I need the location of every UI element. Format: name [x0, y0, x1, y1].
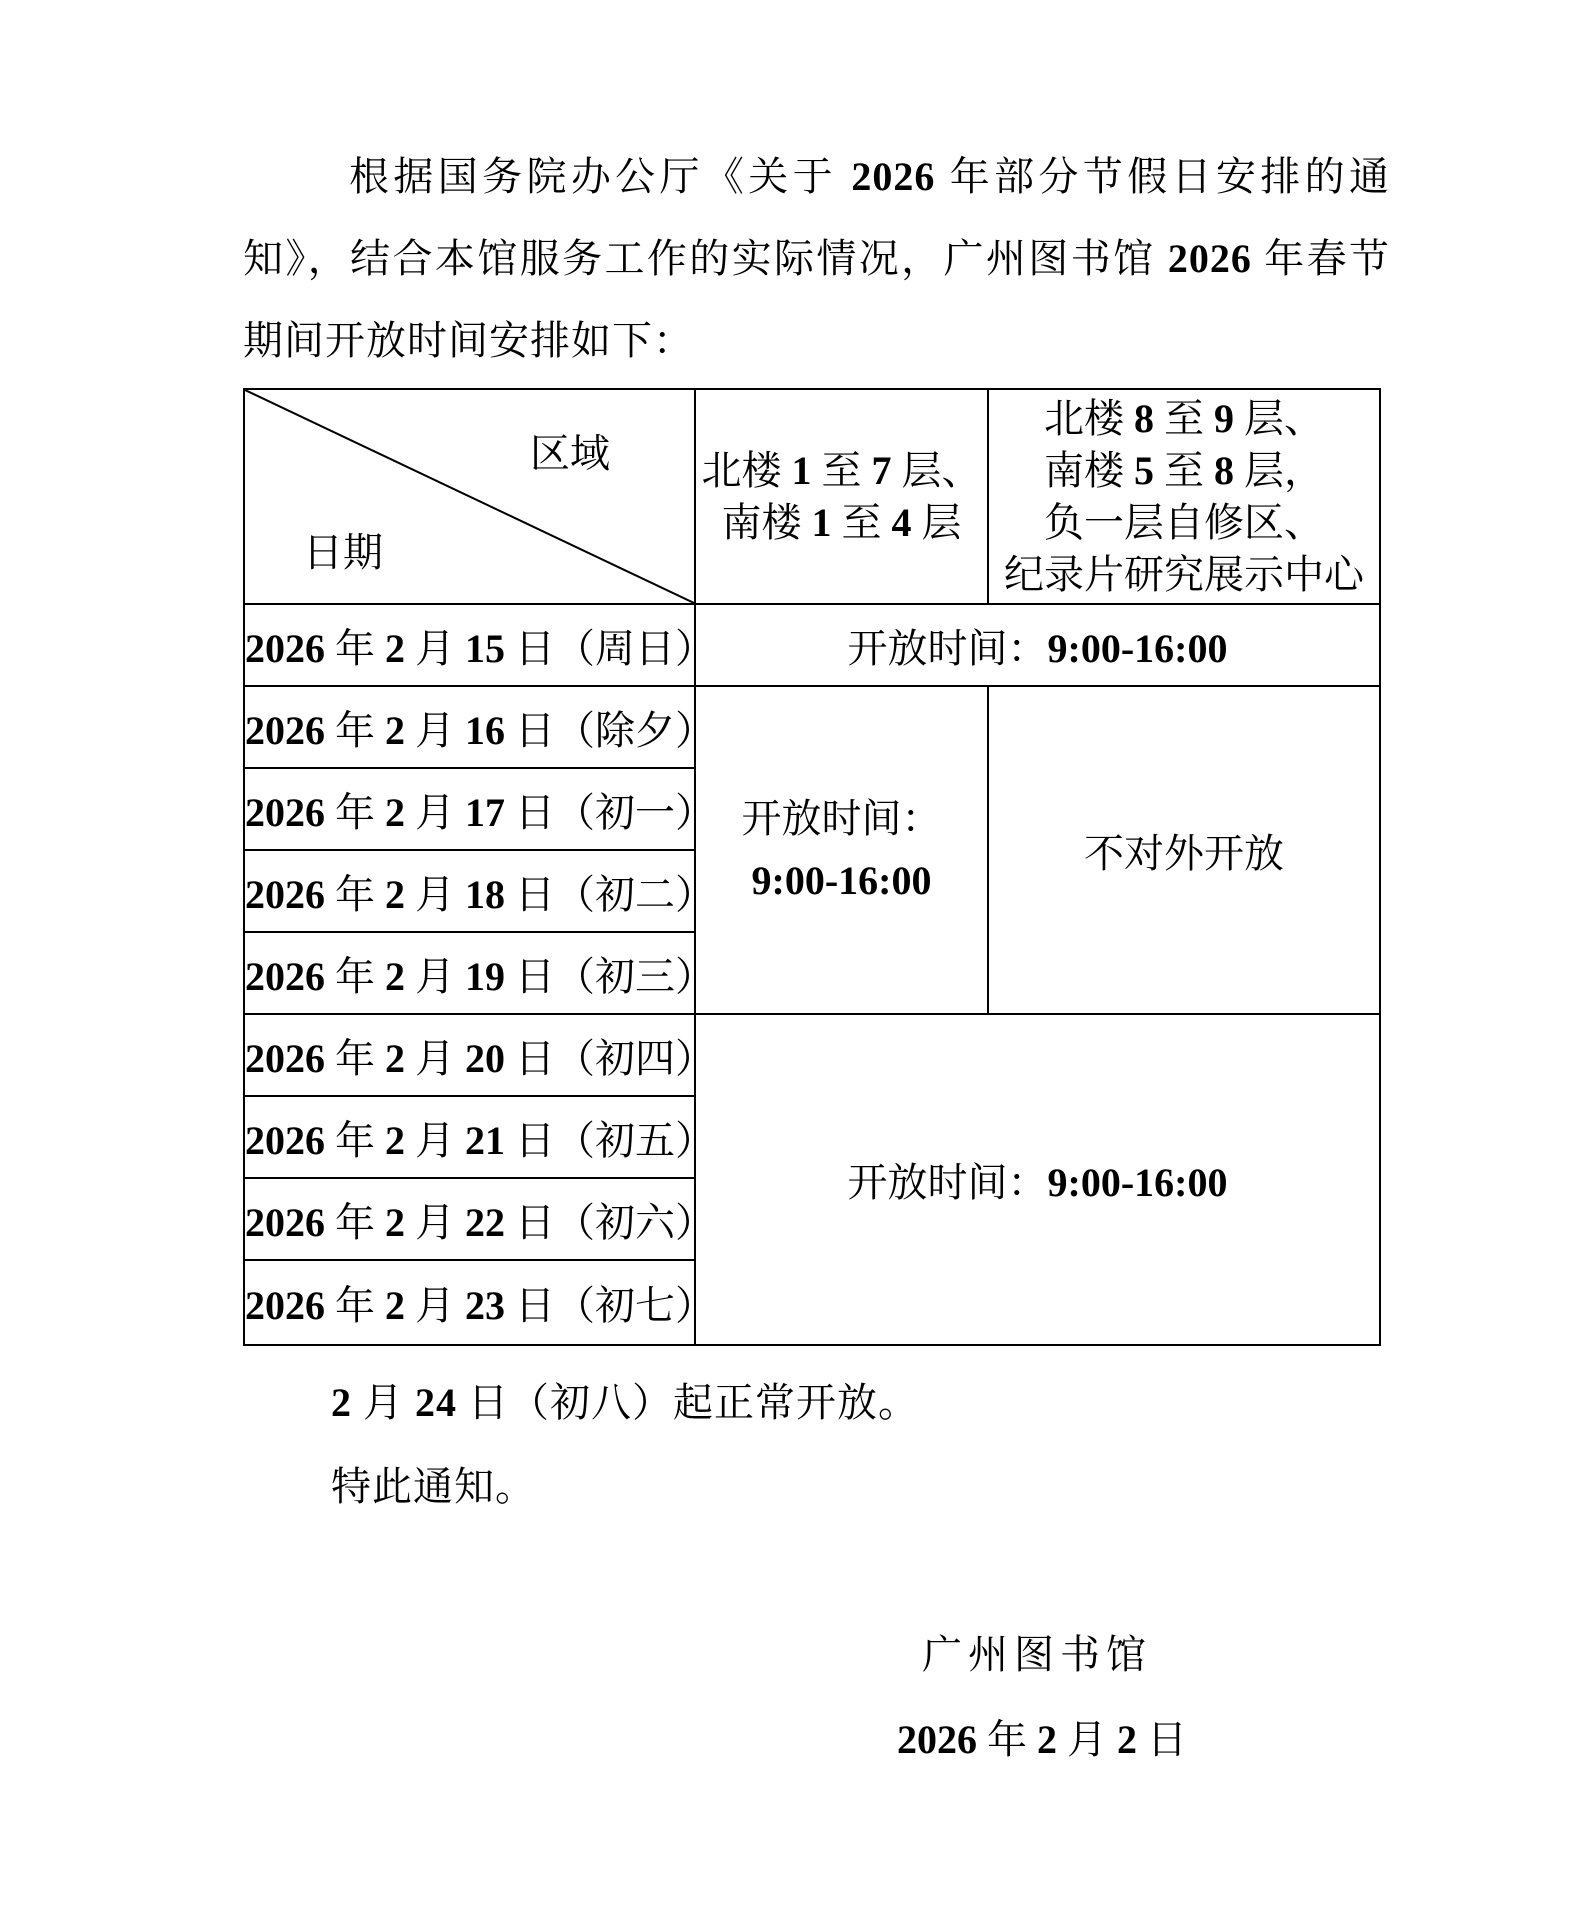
- date-cell: 2026 年 2 月 23 日（初七）: [244, 1260, 695, 1345]
- date-cell: 2026 年 2 月 15 日（周日）: [244, 604, 695, 686]
- date-cell: 2026 年 2 月 19 日（初三）: [244, 932, 695, 1014]
- header-area2-line3: 负一层自修区、: [989, 497, 1379, 549]
- date-cell: 2026 年 2 月 17 日（初一）: [244, 768, 695, 850]
- table-row: 2026 年 2 月 20 日（初四） 开放时间：9:00-16:00: [244, 1014, 1380, 1096]
- corner-region-label: 区域: [530, 434, 610, 474]
- table-row: 2026 年 2 月 16 日（除夕） 开放时间： 9:00-16:00 不对外…: [244, 686, 1380, 768]
- schedule-table: 区域 日期 北楼 1 至 7 层、 南楼 1 至 4 层 北楼 8 至 9 层、…: [243, 388, 1381, 1346]
- open-time-label: 开放时间：: [696, 788, 987, 850]
- open-time-cell-holiday-block: 开放时间： 9:00-16:00: [695, 686, 988, 1014]
- closed-cell: 不对外开放: [988, 686, 1380, 1014]
- date-cell: 2026 年 2 月 18 日（初二）: [244, 850, 695, 932]
- date-cell: 2026 年 2 月 22 日（初六）: [244, 1178, 695, 1260]
- closing-note: 2 月 24 日（初八）起正常开放。 特此通知。: [243, 1361, 1478, 1529]
- open-time-cell-late-block: 开放时间：9:00-16:00: [695, 1014, 1380, 1345]
- header-area2-line4: 纪录片研究展示中心: [989, 549, 1379, 601]
- header-area-main-floors: 北楼 1 至 7 层、 南楼 1 至 4 层: [695, 389, 988, 604]
- header-row: 区域 日期 北楼 1 至 7 层、 南楼 1 至 4 层 北楼 8 至 9 层、…: [244, 389, 1380, 604]
- header-area1-line1: 北楼 1 至 7 层、: [696, 445, 987, 497]
- header-area-upper-floors: 北楼 8 至 9 层、 南楼 5 至 8 层， 负一层自修区、 纪录片研究展示中…: [988, 389, 1380, 604]
- date-cell: 2026 年 2 月 16 日（除夕）: [244, 686, 695, 768]
- table-row: 2026 年 2 月 15 日（周日） 开放时间：9:00-16:00: [244, 604, 1380, 686]
- intro-paragraph: 根据国务院办公厅《关于 2026 年部分节假日安排的通知》，结合本馆服务工作的实…: [243, 136, 1390, 382]
- date-cell: 2026 年 2 月 21 日（初五）: [244, 1096, 695, 1178]
- note-hereby: 特此通知。: [331, 1445, 1478, 1529]
- header-area2-line1: 北楼 8 至 9 层、: [989, 393, 1379, 445]
- notice-document: 根据国务院办公厅《关于 2026 年部分节假日安排的通知》，结合本馆服务工作的实…: [0, 0, 1587, 1916]
- corner-cell: 区域 日期: [244, 389, 695, 604]
- note-normal-opening: 2 月 24 日（初八）起正常开放。: [331, 1361, 1478, 1445]
- date-cell: 2026 年 2 月 20 日（初四）: [244, 1014, 695, 1096]
- signature-organization: 广州图书馆: [922, 1634, 1152, 1676]
- header-area2-line2: 南楼 5 至 8 层，: [989, 445, 1379, 497]
- open-time-cell-feb15: 开放时间：9:00-16:00: [695, 604, 1380, 686]
- corner-date-label: 日期: [303, 533, 383, 573]
- open-time-hours: 9:00-16:00: [696, 850, 987, 912]
- header-area1-line2: 南楼 1 至 4 层: [696, 497, 987, 549]
- signature-date: 2026 年 2 月 2 日: [897, 1719, 1187, 1761]
